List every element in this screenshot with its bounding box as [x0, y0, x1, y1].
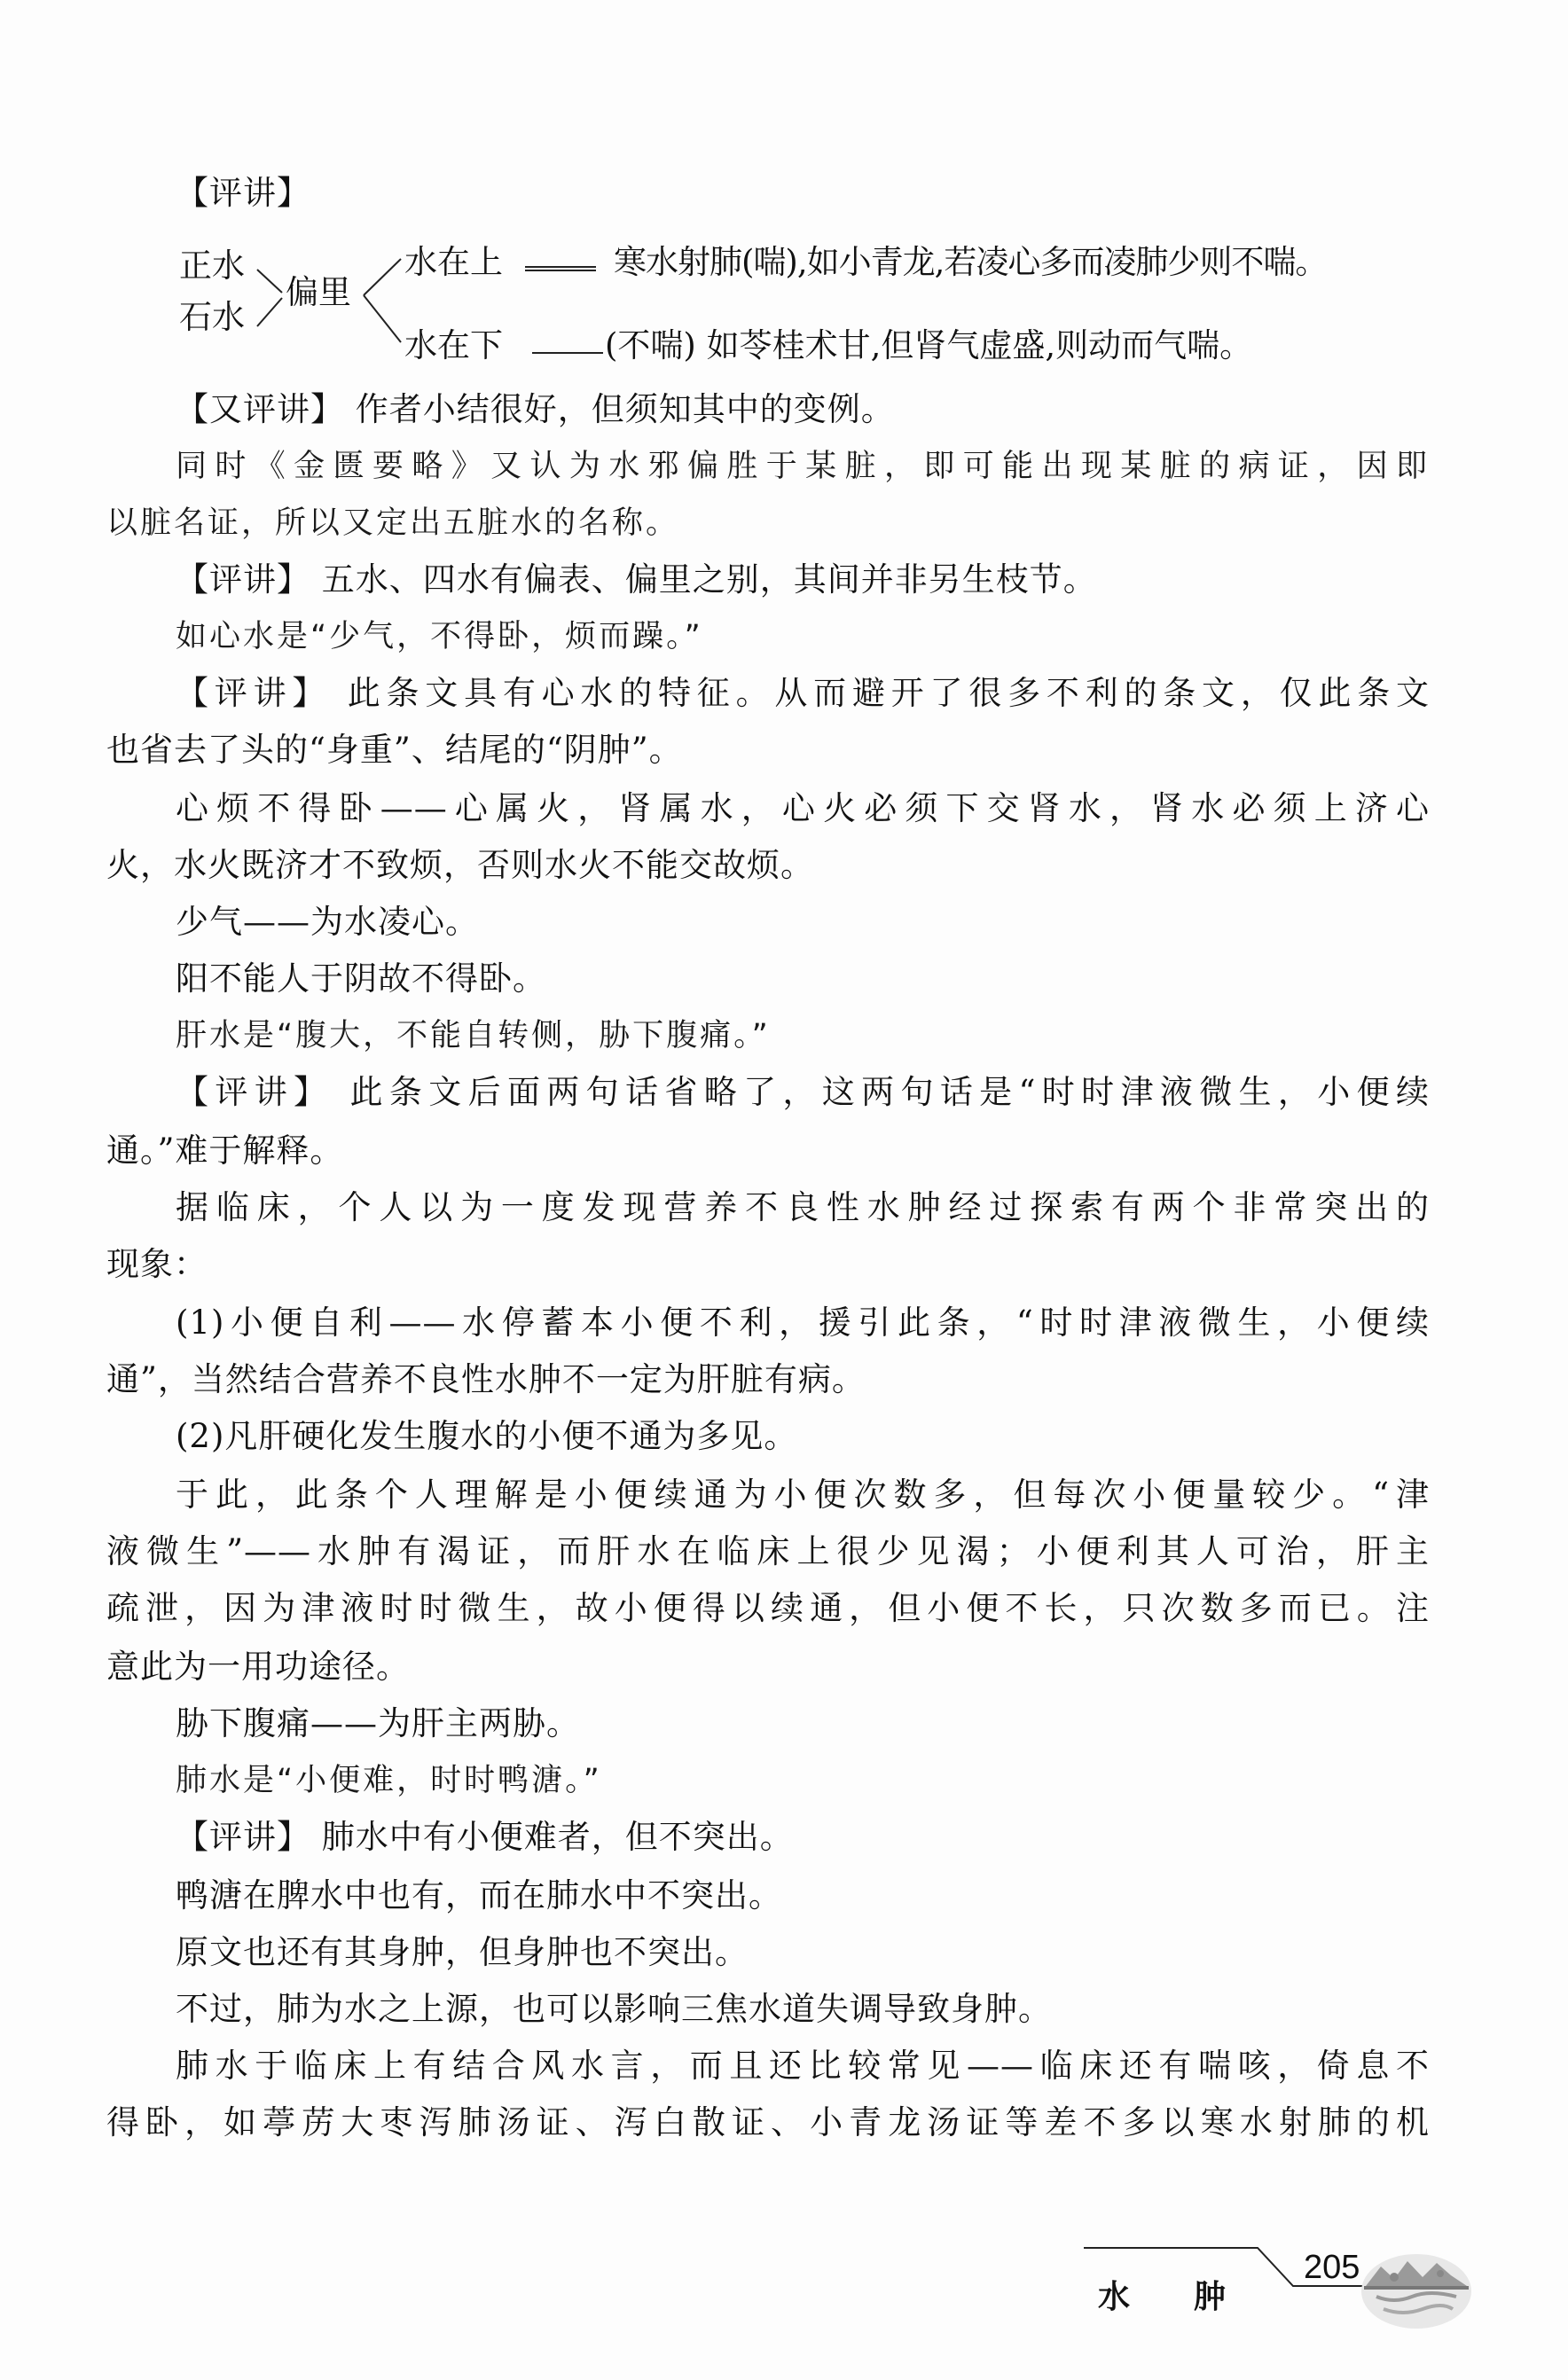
diagram-top-description: 寒水射肺(喘),如小青龙,若凌心多而凌肺少则不喘。	[614, 243, 1327, 282]
text-line: 【评讲】 此条文后面两句话省略了，这两句话是“时时津液微生，小便续	[176, 1073, 1430, 1112]
text-line: 心烦不得卧——心属火，肾属水，心火必须下交肾水，肾水必须上济心	[176, 789, 1430, 828]
text-line: 通。”难于解释。	[106, 1131, 343, 1170]
text-line: 阳不能人于阴故不得卧。	[176, 959, 546, 998]
text-line: 不过，肺为水之上源，也可以影响三焦水道失调导致身肿。	[176, 1990, 1052, 2029]
diagram-shishui: 石水	[179, 298, 245, 337]
diagram-shui-zai-xia: 水在下	[404, 326, 503, 365]
text-line: 现象：	[106, 1245, 208, 1284]
text-line: 原文也还有其身肿，但身肿也不突出。	[176, 1933, 749, 1972]
text-line: 通”，当然结合营养不良性水肿不一定为肝脏有病。	[106, 1360, 866, 1399]
text-line: (2)凡肝硬化发生腹水的小便不通为多见。	[176, 1417, 797, 1456]
chapter-title: 水 肿	[1098, 2272, 1226, 2317]
text-line: 也省去了头的“身重”、结尾的“阴肿”。	[106, 731, 683, 770]
diagram-zhengshui: 正水	[179, 247, 245, 286]
text-line: 【评讲】 肺水中有小便难者，但不突出。	[176, 1818, 794, 1857]
text-line: 【评讲】 此条文具有心水的特征。从而避开了很多不利的条文，仅此条文	[176, 674, 1430, 713]
text-line: 据临床，个人以为一度发现营养不良性水肿经过探索有两个非常突出的	[176, 1188, 1430, 1227]
text-line: 肺水于临床上有结合风水言，而且还比较常见——临床还有喘咳，倚息不	[176, 2047, 1430, 2086]
text-line: 以脏名证，所以又定出五脏水的名称。	[106, 504, 679, 543]
text-line: 胁下腹痛——为肝主两胁。	[176, 1704, 580, 1743]
diagram-pianli: 偏里	[286, 273, 351, 312]
landscape-emblem-icon	[1359, 2251, 1474, 2332]
text-line: 同时《金匮要略》又认为水邪偏胜于某脏，即可能出现某脏的病证，因即	[176, 447, 1430, 486]
text-line: 疏泄，因为津液时时微生，故小便得以续通，但小便不长，只次数多而已。注	[106, 1589, 1430, 1628]
diagram-shui-zai-shang: 水在上	[404, 243, 503, 282]
text-line: 鸭溏在脾水中也有，而在肺水中不突出。	[176, 1876, 782, 1915]
book-page: 【评讲】 正水 石水 偏里 水在上 寒水射肺(喘),如小青龙,若凌心多而凌肺少则…	[0, 0, 1568, 2380]
text-line: 于此，此条个人理解是小便续通为小便次数多，但每次小便量较少。“津	[176, 1476, 1430, 1515]
page-number: 205	[1304, 2249, 1360, 2287]
text-line: 肺水是“小便难，时时鸭溏。”	[176, 1761, 602, 1800]
text-line: (1)小便自利——水停蓄本小便不利，援引此条，“时时津液微生，小便续	[176, 1304, 1430, 1343]
text-line: 如心水是“少气，不得卧，烦而躁。”	[176, 617, 703, 656]
text-line: 少气——为水凌心。	[176, 903, 479, 942]
text-line: 火，水火既济才不致烦，否则水火不能交故烦。	[106, 846, 814, 885]
text-line: 液微生”——水肿有渴证，而肝水在临床上很少见渴；小便利其人可治，肝主	[106, 1532, 1430, 1571]
diagram-bottom-description: (不喘) 如苓桂术甘,但肾气虚盛,则动而气喘。	[605, 326, 1252, 365]
text-line: 肝水是“腹大，不能自转侧，胁下腹痛。”	[176, 1016, 771, 1055]
text-line: 【又评讲】 作者小结很好，但须知其中的变例。	[176, 390, 895, 429]
text-line: 得卧，如葶苈大枣泻肺汤证、泻白散证、小青龙汤证等差不多以寒水射肺的机	[106, 2103, 1430, 2142]
text-line: 意此为一用功途径。	[106, 1648, 410, 1687]
text-line: 【评讲】 五水、四水有偏表、偏里之别，其间并非另生枝节。	[176, 560, 1097, 599]
